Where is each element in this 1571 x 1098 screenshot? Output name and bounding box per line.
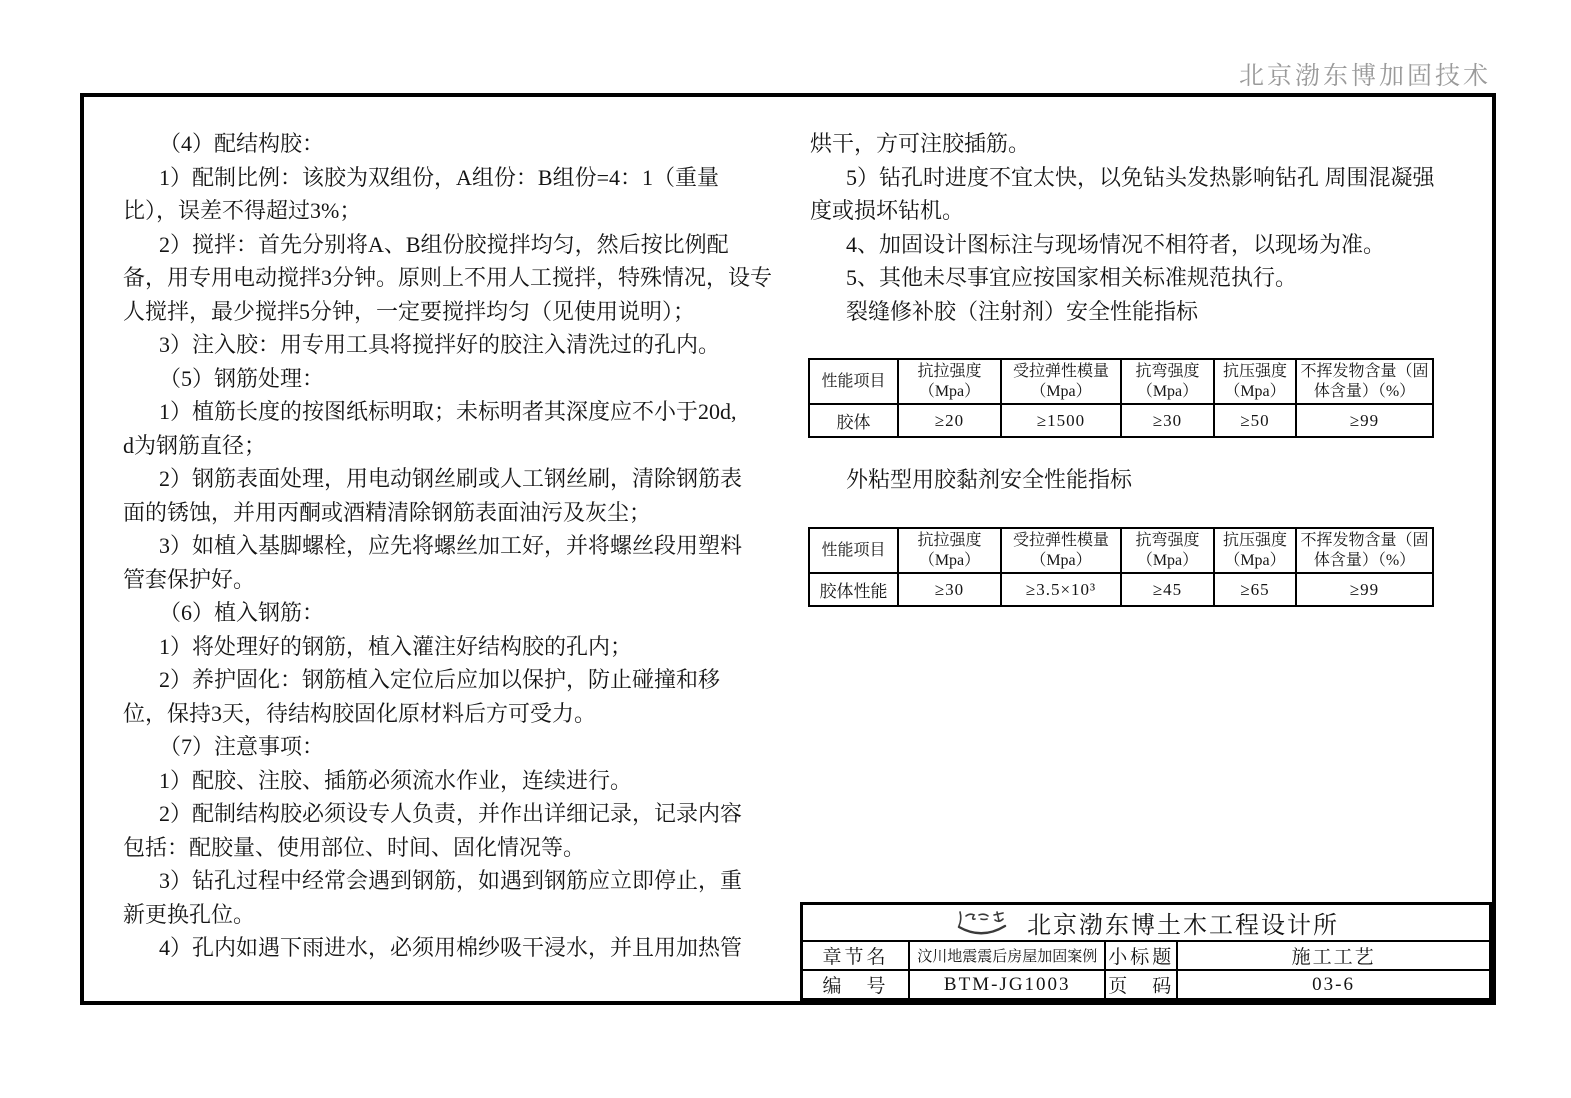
code-label: 编 号 xyxy=(802,970,910,1000)
header-cell: 性能项目 xyxy=(809,359,898,404)
text-line: 5、其他未尽事宜应按国家相关标准规范执行。 xyxy=(810,261,1482,295)
value-cell: ≥20 xyxy=(898,404,1001,437)
text-line: 1）配胶、注胶、插筋必须流水作业，连续进行。 xyxy=(123,764,788,798)
text-line: 2）养护固化：钢筋植入定位后应加以保护，防止碰撞和移 xyxy=(123,663,788,697)
bonding-adhesive-table: 性能项目 抗拉强度 （Mpa） 受拉弹性模量 （Mpa） 抗弯强度 （Mpa） … xyxy=(808,527,1434,607)
text-line: 2）配制结构胶必须设专人负责，并作出详细记录，记录内容 xyxy=(123,797,788,831)
text-line: 人搅拌，最少搅拌5分钟，一定要搅拌均匀（见使用说明）； xyxy=(123,295,788,329)
text-line: 管套保护好。 xyxy=(123,563,788,597)
text-line: 3）如植入基脚螺栓，应先将螺丝加工好，并将螺丝段用塑料 xyxy=(123,529,788,563)
text-line: 3）注入胶：用专用工具将搅拌好的胶注入清洗过的孔内。 xyxy=(123,328,788,362)
text-line: （6）植入钢筋： xyxy=(123,596,788,630)
table-value-row: 胶体 ≥20 ≥1500 ≥30 ≥50 ≥99 xyxy=(809,404,1433,437)
text-line: （7）注意事项： xyxy=(123,730,788,764)
value-cell: ≥50 xyxy=(1214,404,1296,437)
table-value-row: 胶体性能 ≥30 ≥3.5×10³ ≥45 ≥65 ≥99 xyxy=(809,573,1433,606)
header-cell: 抗压强度 （Mpa） xyxy=(1214,528,1296,573)
title-block-row: 章节名 汶川地震震后房屋加固案例 小标题 施工工艺 xyxy=(802,941,1491,970)
code-value: BTM-JG1003 xyxy=(909,970,1105,1000)
table1-title: 裂缝修补胶（注射剂）安全性能指标 xyxy=(810,295,1482,329)
header-cell: 性能项目 xyxy=(809,528,898,573)
value-cell: ≥30 xyxy=(1121,404,1214,437)
chapter-value: 汶川地震震后房屋加固案例 xyxy=(909,941,1105,970)
value-cell: ≥3.5×10³ xyxy=(1001,573,1121,606)
value-cell: ≥65 xyxy=(1214,573,1296,606)
text-line: 4、加固设计图标注与现场情况不相符者，以现场为准。 xyxy=(810,228,1482,262)
value-cell: ≥1500 xyxy=(1001,404,1121,437)
text-line: 2）搅拌：首先分别将A、B组份胶搅拌均匀，然后按比例配 xyxy=(123,228,788,262)
document-page: 北京渤东博加固技术 （4）配结构胶： 1）配制比例：该胶为双组份，A组份：B组份… xyxy=(0,0,1571,1098)
text-line: 位，保持3天，待结构胶固化原材料后方可受力。 xyxy=(123,697,788,731)
text-line: （4）配结构胶： xyxy=(123,127,788,161)
company-name: 北京渤东博土木工程设计所 xyxy=(1027,905,1339,940)
text-line: 5）钻孔时进度不宜太快，以免钻头发热影响钻孔 周围混凝强 xyxy=(810,161,1482,195)
right-text-column: 烘干，方可注胶插筋。 5）钻孔时进度不宜太快，以免钻头发热影响钻孔 周围混凝强 … xyxy=(810,127,1482,328)
text-line: 4）孔内如遇下雨进水，必须用棉纱吸干浸水，并且用加热管 xyxy=(123,931,788,965)
header-cell: 不挥发物含量（固 体含量）（%） xyxy=(1296,528,1433,573)
company-row: 北京渤东博土木工程设计所 xyxy=(802,904,1491,942)
header-cell: 抗弯强度 （Mpa） xyxy=(1121,528,1214,573)
title-block: 北京渤东博土木工程设计所 章节名 汶川地震震后房屋加固案例 小标题 施工工艺 编… xyxy=(800,902,1492,1001)
text-line: 比），误差不得超过3%； xyxy=(123,194,788,228)
header-cell: 抗拉强度 （Mpa） xyxy=(898,528,1001,573)
text-line: 包括：配胶量、使用部位、时间、固化情况等。 xyxy=(123,831,788,865)
page-value: 03-6 xyxy=(1177,970,1490,1000)
text-line: 1）植筋长度的按图纸标明取；未标明者其深度应不小于20d, xyxy=(123,395,788,429)
text-line: 1）将处理好的钢筋，植入灌注好结构胶的孔内； xyxy=(123,630,788,664)
page-label: 页 码 xyxy=(1105,970,1177,1000)
header-cell: 受拉弹性模量 （Mpa） xyxy=(1001,528,1121,573)
company-cell: 北京渤东博土木工程设计所 xyxy=(802,904,1491,942)
chapter-label: 章节名 xyxy=(802,941,910,970)
subtitle-label: 小标题 xyxy=(1105,941,1177,970)
text-line: 新更换孔位。 xyxy=(123,898,788,932)
page-header-text: 北京渤东博加固技术 xyxy=(1239,56,1491,92)
text-line: 备，用专用电动搅拌3分钟。原则上不用人工搅拌，特殊情况，设专 xyxy=(123,261,788,295)
header-cell: 受拉弹性模量 （Mpa） xyxy=(1001,359,1121,404)
table-header-row: 性能项目 抗拉强度 （Mpa） 受拉弹性模量 （Mpa） 抗弯强度 （Mpa） … xyxy=(809,528,1433,573)
header-cell: 抗压强度 （Mpa） xyxy=(1214,359,1296,404)
text-line: 2）钢筋表面处理，用电动钢丝刷或人工钢丝刷，清除钢筋表 xyxy=(123,462,788,496)
text-line: 面的锈蚀，并用丙酮或酒精清除钢筋表面油污及灰尘； xyxy=(123,496,788,530)
company-logo-icon xyxy=(953,909,1017,937)
value-cell: ≥99 xyxy=(1296,404,1433,437)
text-line: 3）钻孔过程中经常会遇到钢筋，如遇到钢筋应立即停止，重 xyxy=(123,864,788,898)
subtitle-value: 施工工艺 xyxy=(1177,941,1490,970)
text-line: 烘干，方可注胶插筋。 xyxy=(810,127,1482,161)
value-cell: ≥45 xyxy=(1121,573,1214,606)
text-line: 度或损坏钻机。 xyxy=(810,194,1482,228)
header-cell: 不挥发物含量（固 体含量）（%） xyxy=(1296,359,1433,404)
content-frame: （4）配结构胶： 1）配制比例：该胶为双组份，A组份：B组份=4：1（重量 比）… xyxy=(80,93,1496,1005)
table2-title: 外粘型用胶黏剂安全性能指标 xyxy=(846,463,1132,494)
crack-repair-adhesive-table: 性能项目 抗拉强度 （Mpa） 受拉弹性模量 （Mpa） 抗弯强度 （Mpa） … xyxy=(808,358,1434,438)
row-label-cell: 胶体性能 xyxy=(809,573,898,606)
header-cell: 抗拉强度 （Mpa） xyxy=(898,359,1001,404)
left-text-column: （4）配结构胶： 1）配制比例：该胶为双组份，A组份：B组份=4：1（重量 比）… xyxy=(123,127,788,965)
header-cell: 抗弯强度 （Mpa） xyxy=(1121,359,1214,404)
text-line: 1）配制比例：该胶为双组份，A组份：B组份=4：1（重量 xyxy=(123,161,788,195)
text-line: d为钢筋直径； xyxy=(123,429,788,463)
row-label-cell: 胶体 xyxy=(809,404,898,437)
value-cell: ≥30 xyxy=(898,573,1001,606)
text-line: （5）钢筋处理： xyxy=(123,362,788,396)
value-cell: ≥99 xyxy=(1296,573,1433,606)
table-header-row: 性能项目 抗拉强度 （Mpa） 受拉弹性模量 （Mpa） 抗弯强度 （Mpa） … xyxy=(809,359,1433,404)
title-block-row: 编 号 BTM-JG1003 页 码 03-6 xyxy=(802,970,1491,1000)
